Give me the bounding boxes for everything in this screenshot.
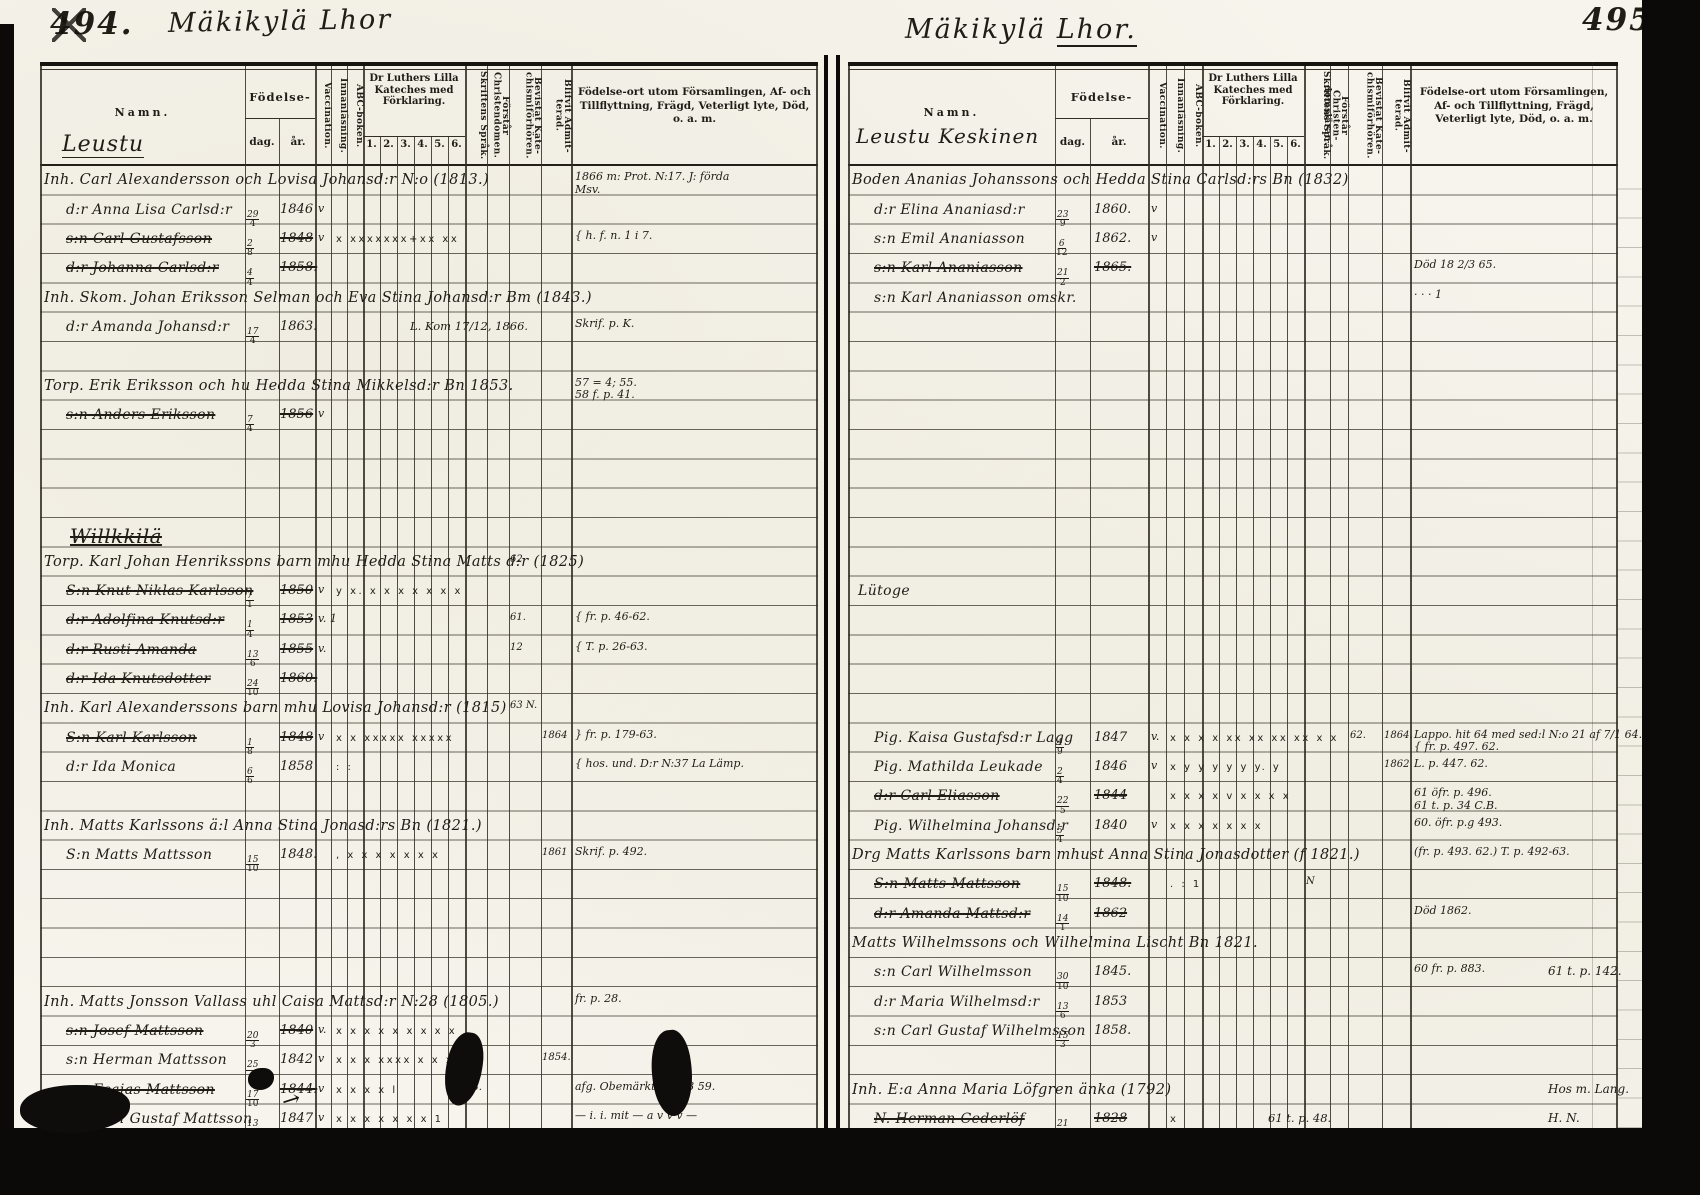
kateches-subcolumn-label: 2. (380, 139, 397, 161)
entry-admitterad-year: 1864. (1384, 730, 1413, 741)
entry-name: N. Herman Cederlöf (874, 1111, 1025, 1127)
entry-birth-day: 28 (246, 231, 254, 258)
column-header-ar: år. (281, 136, 315, 148)
entry-name: d:r Amanda Johansd:r (66, 319, 229, 335)
ledger-entry: d:r Johanna Carlsd:r441858. (40, 260, 818, 284)
entry-margin-note: fr. p. 28. (575, 993, 622, 1006)
column-header-abc: ABC-boken. (1184, 70, 1202, 161)
entry-name: Inh. Carl Alexandersson och Lovisa Johan… (44, 172, 489, 188)
entry-birth-year: 1862. (1094, 231, 1131, 246)
entry-birth-year: 1848. (280, 847, 317, 862)
ledger-entry: s:n Anders Eriksson741856v (40, 407, 818, 431)
column-header-abc: ABC-boken. (347, 70, 363, 161)
entry-name: s:n Josef Mattsson (66, 1023, 203, 1039)
entry-birth-day: 136 (1056, 994, 1069, 1021)
kateches-subcolumn-label: 6. (1287, 139, 1304, 161)
entry-admitterad-year: 1862 (1384, 759, 1409, 770)
entry-birth-day: 141 (1056, 906, 1069, 933)
ledger-entry: s:n Carl Gustaf Wilhelmsson1531858. (848, 1023, 1618, 1047)
entry-name: Boden Ananias Johanssons och Hedda Stina… (852, 172, 1349, 188)
entry-birth-day: 14 (246, 612, 254, 639)
entry-name: d:r Adolfina Knutsd:r (66, 612, 224, 628)
entry-birth-year: 1840 (1094, 818, 1127, 833)
entry-examination-marks: x x xxxxx xxxxx (336, 733, 454, 744)
entry-margin-note: (fr. p. 493. 62.) T. p. 492-63. (1414, 846, 1570, 859)
entry-birth-year: 1855 (280, 642, 313, 657)
entry-name: Inh. Matts Jonsson Vallass uhl Caisa Mat… (44, 994, 499, 1010)
column-header-fodelse: Födelse- (245, 90, 315, 104)
entry-birth-day: 239 (1056, 202, 1069, 229)
ledger-entry: d:r Elina Ananiasd:r2391860.v (848, 202, 1618, 226)
entry-name: S:n Karl Karlsson (66, 730, 197, 746)
entry-examination-marks: x x x xxxx x x x (336, 1055, 454, 1066)
entry-examination-marks: x x x x x x x 1 (336, 1114, 444, 1125)
entry-name: Pig. Mathilda Leukade (874, 759, 1043, 775)
entry-name: d:r Johanna Carlsd:r (66, 260, 219, 276)
scan-edge-bottom (0, 1128, 1700, 1195)
kateches-subcolumn-label: 6. (448, 139, 465, 161)
entry-margin-note: Död 1862. (1414, 905, 1471, 918)
column-header-ar: år. (1092, 136, 1146, 148)
entry-birth-year: 1828 (1094, 1111, 1127, 1126)
column-header-vaccination: Vaccination. (1148, 70, 1166, 161)
entry-birth-year: 1860. (280, 671, 317, 686)
entry-name: Pig. Wilhelmina Johansd:r (874, 818, 1068, 834)
entry-name: Lütoge (858, 583, 910, 599)
ledger-entry: s:n Herman Mattsson2541842vx x x xxxx x … (40, 1052, 818, 1076)
ledger-entry: d:r Ida Knutsdotter24101860. (40, 671, 818, 695)
entry-birth-year: 1848. (1094, 876, 1131, 891)
ruled-line (40, 69, 818, 70)
column-header-bevistat: Bevistat Kate­chismiförhören. (509, 70, 541, 161)
entry-birth-year: 1846 (280, 202, 313, 217)
ledger-entry: d:r Carl Eliasson2251844x x x x v x x x … (848, 788, 1618, 812)
entry-name: s:n Carl Gustafsson (66, 231, 212, 247)
entry-vaccination-mark: v. (1151, 730, 1159, 743)
entry-vaccination-mark: v (1151, 231, 1157, 244)
entry-margin-note: Skrif. p. K. (575, 318, 634, 331)
entry-name: s:n Anders Eriksson (66, 407, 215, 423)
entry-bevistat-mark: 62. (1350, 730, 1366, 741)
entry-margin-note: } fr. p. 179-63. (575, 729, 657, 742)
entry-vaccination-mark: v (318, 202, 324, 215)
ledger-entry: Lütoge (848, 583, 1618, 607)
entry-examination-marks: : : (336, 762, 353, 773)
column-header-dag: dag. (1055, 136, 1090, 148)
entry-examination-marks: x x x x xx xx xx xx x x (1170, 733, 1339, 744)
script-heading-left: Leustu (62, 132, 144, 158)
ledger-entry: S:n Karl Karlsson181848vx x xxxxx xxxxx1… (40, 730, 818, 754)
fold-shadow (1592, 62, 1593, 1128)
entry-examination-marks: x x x x v x x x x (1170, 791, 1291, 802)
entry-name: d:r Carl Eliasson (874, 788, 1000, 804)
ledger-entry: d:r Ida Monica661858: :{ hos. und. D:r N… (40, 759, 818, 783)
kateches-subcolumn-label: 2. (1219, 139, 1236, 161)
entry-vaccination-mark: v (1151, 202, 1157, 215)
gutter-line (836, 55, 840, 1130)
entry-margin-note: 60 fr. p. 883. (1414, 963, 1485, 976)
entry-vaccination-mark: v (318, 1052, 324, 1065)
kateches-subcolumn-label: 4. (1253, 139, 1270, 161)
page-title-right-suffix: Lhor. (1057, 14, 1137, 47)
ledger-entry: d:r Amanda Mattsd:r1411862Död 1862. (848, 906, 1618, 930)
entry-birth-day: 294 (246, 202, 259, 229)
entry-examination-marks: x x x x x x x x x (336, 1026, 457, 1037)
ledger-entry: Inh. Skom. Johan Eriksson Selman och Eva… (40, 290, 818, 314)
entry-margin-note: { h. f. n. 1 i 7. (575, 230, 652, 243)
entry-birth-day: 74 (246, 407, 254, 434)
column-header-bevistat: Bevistat Kate­chismiförhören. (1348, 70, 1382, 161)
column-header-namn: Namn. (848, 106, 1055, 119)
entry-name: s:n Karl Ananiasson omskr. (874, 290, 1077, 306)
page-title-left: Mäkikylä Lhor (168, 4, 393, 39)
ledger-entry: Willkkilä (40, 524, 818, 548)
entry-birth-day: 612 (1056, 231, 1067, 258)
entry-birth-day: 24 (1056, 759, 1064, 786)
entry-margin-note: 1866 m: Prot. N:17. J: fördaMsv. (575, 171, 729, 196)
entry-examination-marks: x xxxxxxx+xx xx (336, 234, 459, 245)
entry-birth-day: 225 (1056, 788, 1069, 815)
ledger-entry: s:n Karl Ananiasson omskr.· · · 1 (848, 290, 1618, 314)
entry-vaccination-mark: v. (318, 642, 326, 655)
entry-middle-note: L. Kom 17/12, 1866. (410, 319, 528, 333)
ledger-entry: S:n Matts Mattsson15101848.. : 1N (848, 876, 1618, 900)
ledger-entry: Inh. Matts Jonsson Vallass uhl Caisa Mat… (40, 994, 818, 1018)
ledger-entry: d:r Amanda Johansd:r1741863.L. Kom 17/12… (40, 319, 818, 343)
entry-birth-year: 1847 (1094, 730, 1127, 745)
entry-vaccination-mark: v. 1 (318, 612, 337, 625)
entry-margin-note: 57 = 4; 55.58 f. p. 41. (575, 377, 637, 402)
column-header-kateches: Dr Luthers Lilla Kateches med Förklaring… (363, 73, 465, 108)
entry-birth-day: 1510 (246, 847, 259, 874)
entry-vaccination-mark: v (318, 1082, 324, 1095)
entry-margin-note: afg. Obemärkt 18 2/3 59. (575, 1081, 715, 1094)
entry-birth-year: 1840 (280, 1023, 313, 1038)
entry-name: Torp. Erik Eriksson och hu Hedda Stina M… (44, 378, 514, 394)
column-header-kateches: Dr Luthers Lilla Kateches med Förklaring… (1202, 73, 1304, 108)
entry-name: Matts Wilhelmssons och Wilhelmina Lischt… (852, 935, 1258, 951)
scan-edge-right (1642, 0, 1700, 1195)
entry-birth-year: 1863. (280, 319, 317, 334)
entry-margin-note: 61 öfr. p. 496.61 t. p. 34 C.B. (1414, 787, 1498, 812)
entry-birth-day: 2410 (246, 671, 259, 698)
entry-vaccination-mark: v (318, 231, 324, 244)
entry-outer-margin-note: 61 t. p. 142. (1548, 964, 1622, 978)
column-header-notes: Födelse-ort utom Församlingen, Af- och T… (1412, 86, 1616, 127)
kateches-subcolumn-label: 1. (1202, 139, 1219, 161)
entry-margin-note: Död 18 2/3 65. (1414, 259, 1496, 272)
ledger-entry: Inh. Carl Alexandersson och Lovisa Johan… (40, 172, 818, 196)
ruled-line (245, 118, 315, 119)
entry-birth-year: 1862 (1094, 906, 1127, 921)
entry-examination-marks: . : 1 (1170, 879, 1202, 890)
entry-admitterad-year: 1864 (542, 730, 567, 741)
entry-birth-day: 203 (246, 1023, 259, 1050)
entry-birth-year: 1845. (1094, 964, 1131, 979)
entry-birth-day: 174 (246, 319, 259, 346)
ledger-entry: s:n Karl Ananiasson2121865.Död 18 2/3 65… (848, 260, 1618, 284)
ledger-entry: Pig. Kaisa Gustafsd:r Lagg491847v.x x x … (848, 730, 1618, 754)
entry-margin-note: { T. p. 26-63. (575, 641, 647, 654)
entry-outer-margin-note: H. N. (1548, 1111, 1580, 1125)
entry-name: Inh. Karl Alexanderssons barn mhu Lovisa… (44, 700, 507, 716)
entry-name: Pig. Kaisa Gustafsd:r Lagg (874, 730, 1074, 746)
column-header-dag: dag. (245, 136, 279, 148)
column-header-fodelse: Födelse- (1055, 90, 1148, 104)
entry-name: Willkkilä (70, 524, 162, 548)
entry-examination-marks: y x. x x x x x x x (336, 586, 463, 597)
entry-name: d:r Amanda Mattsd:r (874, 906, 1030, 922)
ledger-entry: Pig. Wilhelmina Johansd:r541840vx x x x … (848, 818, 1618, 842)
entry-margin-note: L. p. 447. 62. (1414, 758, 1488, 771)
ledger-entry: s:n Emil Ananiasson6121862.v (848, 231, 1618, 255)
ink-scratch (52, 8, 86, 42)
entry-name: Inh. Skom. Johan Eriksson Selman och Eva… (44, 290, 592, 306)
ledger-entry: Matts Wilhelmssons och Wilhelmina Lischt… (848, 935, 1618, 959)
ledger-entry: d:r Adolfina Knutsd:r141853v. 161.{ fr. … (40, 612, 818, 636)
ruled-line (848, 69, 1618, 70)
entry-vaccination-mark: v (318, 407, 324, 420)
entry-margin-note: { hos. und. D:r N:37 La Lämp. (575, 758, 744, 771)
entry-examination-marks: x x x x x x x (1170, 821, 1263, 832)
entry-birth-day: 54 (1056, 818, 1064, 845)
entry-birth-year: 1844 (1094, 788, 1127, 803)
entry-name: d:r Rusti Amanda (66, 642, 197, 658)
entry-birth-year: 1850 (280, 583, 313, 598)
entry-outer-margin-note: Hos m. Lang. (1548, 1082, 1629, 1096)
ledger-entry: S:n Matts Mattsson15101848., x x x x x x… (40, 847, 818, 871)
entry-name: S:n Matts Mattsson (66, 847, 212, 863)
ledger-entry: S:n Knut Niklas Karlsson711850vy x. x x … (40, 583, 818, 607)
entry-vaccination-mark: v (318, 583, 324, 596)
entry-birth-year: 1858 (280, 759, 313, 774)
entry-birth-year: 1858. (280, 260, 317, 275)
column-header-vaccination: Vaccination. (315, 70, 331, 161)
entry-birth-year: 1865. (1094, 260, 1131, 275)
entry-birth-day: 71 (246, 583, 254, 610)
entry-birth-year: 1860. (1094, 202, 1131, 217)
ledger-entry: Torp. Karl Johan Henrikssons barn mhu He… (40, 554, 818, 578)
entry-examination-marks: x x x x l (336, 1085, 398, 1096)
entry-name: d:r Ida Monica (66, 759, 176, 775)
column-header-namn: Namn. (40, 106, 245, 119)
entry-name: s:n Carl Wilhelmsson (874, 964, 1032, 980)
entry-vaccination-mark: v. (318, 1023, 326, 1036)
entry-birth-year: 1858. (1094, 1023, 1131, 1038)
ruled-line (1055, 118, 1148, 119)
entry-name: Inh. E:a Anna Maria Löfgren änka (1792) (852, 1082, 1171, 1098)
entry-examination-marks: x (1170, 1114, 1178, 1125)
scan-edge-left (0, 24, 14, 1195)
entry-margin-note: { fr. p. 46-62. (575, 611, 650, 624)
entry-birth-year: 1848 (280, 730, 313, 745)
ledger-entry: d:r Rusti Amanda1361855v.12{ T. p. 26-63… (40, 642, 818, 666)
entry-birth-day: 44 (246, 260, 254, 287)
entry-name: d:r Elina Ananiasd:r (874, 202, 1025, 218)
entry-bevistat-mark: 12 (510, 642, 523, 653)
entry-name: S:n Matts Mattsson (874, 876, 1020, 892)
column-header-skriftens: Skriftens Språk. (465, 70, 487, 161)
column-header-blifvit: Blifvit Admit­terad. (1382, 70, 1410, 161)
entry-birth-day: 212 (1056, 260, 1069, 287)
entry-name: s:n Carl Gustaf Wilhelmsson (874, 1023, 1086, 1039)
entry-name: Drg Matts Karlssons barn mhust Anna Stin… (852, 847, 1360, 863)
column-header-notes: Födelse-ort utom Församlingen, Af- och T… (577, 86, 812, 127)
entry-birth-day: 153 (1056, 1023, 1069, 1050)
column-header-blifvit: Blifvit Admit­terad. (541, 70, 571, 161)
entry-birth-year: 1853 (1094, 994, 1127, 1009)
entry-examination-marks: , x x x x x x x (336, 850, 440, 861)
entry-middle-note: 61 t. p. 48. (1268, 1111, 1331, 1125)
entry-birth-day: 49 (1056, 730, 1064, 757)
entry-name: d:r Maria Wilhelmsd:r (874, 994, 1040, 1010)
ledger-entry: s:n Carl Wilhelmsson30101845.60 fr. p. 8… (848, 964, 1618, 988)
kateches-subcolumn-label: 3. (397, 139, 414, 161)
entry-birth-year: 1846 (1094, 759, 1127, 774)
ledger-entry: d:r Anna Lisa Carlsd:r2941846v (40, 202, 818, 226)
entry-birth-day: 1510 (1056, 876, 1069, 903)
entry-vaccination-mark: v (318, 1111, 324, 1124)
ledger-entry: d:r Maria Wilhelmsd:r1361853 (848, 994, 1618, 1018)
entry-admitterad-year: 1861 (542, 847, 567, 858)
entry-bevistat-mark: 61. (510, 612, 526, 623)
column-header-innanlasning: Innanläsning. (1166, 70, 1184, 161)
script-heading-right: Leustu Keskinen (856, 124, 1039, 148)
entry-birth-year: 1848 (280, 231, 313, 246)
ledger-entry: s:n Carl Gustafsson281848vx xxxxxxx+xx x… (40, 231, 818, 255)
ledger-entry: Drg Matts Karlssons barn mhust Anna Stin… (848, 847, 1618, 871)
kateches-subcolumn-label: 3. (1236, 139, 1253, 161)
entry-vaccination-mark: v (1151, 818, 1157, 831)
entry-birth-day: 3010 (1056, 964, 1069, 991)
page-title-right: Mäkikylä Lhor. (905, 14, 1137, 45)
kateches-subcolumn-label: 5. (1270, 139, 1287, 161)
ledger-entry: Inh. Karl Alexanderssons barn mhu Lovisa… (40, 700, 818, 724)
margin-ruling (1618, 160, 1642, 1128)
entry-bevistat-mark: 62 (510, 554, 523, 565)
entry-margin-note: · · · 1 (1414, 289, 1442, 302)
entry-name: Inh. Matts Karlssons ä:l Anna Stina Jona… (44, 818, 482, 834)
entry-vaccination-mark: v (1151, 759, 1157, 772)
entry-admitterad-year: 1854. (542, 1052, 571, 1063)
entry-margin-note: Lappo. hit 64 med sed:l N:o 21 af 7/1 64… (1414, 729, 1642, 754)
entry-name: Torp. Karl Johan Henrikssons barn mhu He… (44, 554, 584, 570)
entry-name: d:r Anna Lisa Carlsd:r (66, 202, 232, 218)
entry-margin-note: 60. öfr. p.g 493. (1414, 817, 1502, 830)
gutter-line (824, 55, 828, 1130)
entry-birth-day: 66 (246, 759, 254, 786)
entry-name: s:n Emil Ananiasson (874, 231, 1025, 247)
ledger-entry: Torp. Erik Eriksson och hu Hedda Stina M… (40, 378, 818, 402)
ledger-entry: s:n Esaias Mattsson17101844.vx x x x l63… (40, 1082, 818, 1106)
page-title-right-main: Mäkikylä (905, 14, 1046, 45)
entry-name: s:n Herman Mattsson (66, 1052, 227, 1068)
ledger-page-left: Namn. Födelse- dag. år. Vaccination. Inn… (40, 62, 818, 1128)
entry-birth-year: 1842 (280, 1052, 313, 1067)
scanned-parish-ledger: 494. Mäkikylä Lhor Mäkikylä Lhor. 495. N… (0, 0, 1700, 1195)
ledger-entry: Inh. E:a Anna Maria Löfgren änka (1792)H… (848, 1082, 1618, 1106)
entry-birth-year: 1853 (280, 612, 313, 627)
entry-name: s:n Karl Ananiasson (874, 260, 1023, 276)
kateches-subcolumn-label: 4. (414, 139, 431, 161)
column-header-forstar: Förstår Christen­domen. (487, 70, 509, 161)
kateches-subcolumn-label: 1. (363, 139, 380, 161)
ledger-entry: Boden Ananias Johanssons och Hedda Stina… (848, 172, 1618, 196)
entry-bevistat-mark: 63 N. (510, 700, 537, 711)
entry-birth-year: 1856 (280, 407, 313, 422)
entry-name: S:n Knut Niklas Karlsson (66, 583, 253, 599)
entry-margin-note: Skrif. p. 492. (575, 846, 647, 859)
ledger-entry: s:n Josef Mattsson2031840v.x x x x x x x… (40, 1023, 818, 1047)
ledger-page-right: Namn. Födelse- dag. år. Vaccination. Inn… (848, 62, 1618, 1128)
entry-vaccination-mark: v (318, 730, 324, 743)
entry-birth-day: 18 (246, 730, 254, 757)
column-header-forstar: Förstår Christen­domsläran. (1330, 70, 1348, 161)
kateches-subcolumn-label: 5. (431, 139, 448, 161)
entry-examination-marks: x y y y y y y. y (1170, 762, 1281, 773)
entry-name: d:r Ida Knutsdotter (66, 671, 211, 687)
entry-skrift-mark: N (1306, 876, 1315, 887)
ledger-entry: Pig. Mathilda Leukade241846vx y y y y y … (848, 759, 1618, 783)
column-header-innanlasning: Innanläsning. (331, 70, 347, 161)
ledger-entry: Inh. Matts Karlssons ä:l Anna Stina Jona… (40, 818, 818, 842)
entry-birth-day: 136 (246, 642, 259, 669)
